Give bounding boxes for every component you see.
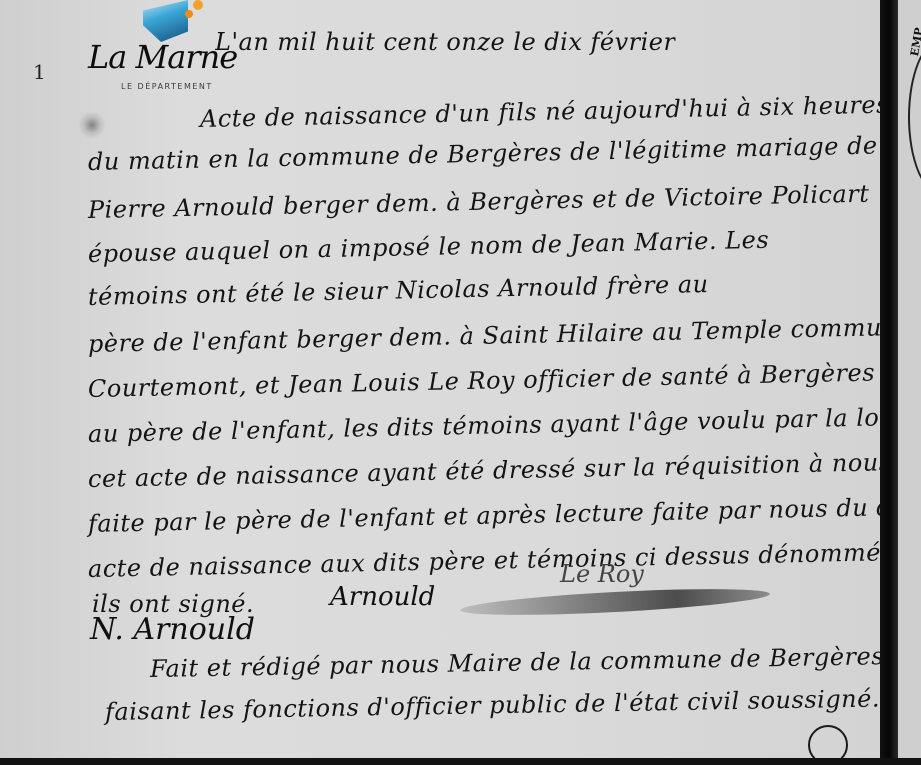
record-line: témoins ont été le sieur Nicolas Arnould… xyxy=(88,270,709,311)
logo-dot-icon xyxy=(185,10,193,18)
logo-dot-icon xyxy=(193,0,203,10)
record-line: Acte de naissance d'un fils né aujourd'h… xyxy=(200,91,889,133)
logo-name: La Marne xyxy=(88,38,237,76)
la-marne-logo: La Marne LE DÉPARTEMENT xyxy=(88,0,218,95)
bottom-edge xyxy=(0,758,921,765)
logo-subtitle: LE DÉPARTEMENT xyxy=(121,82,213,91)
signature-arnould: Arnould xyxy=(330,582,435,612)
record-line: au père de l'enfant, les dits témoins ay… xyxy=(88,403,888,448)
signature-n-arnould: N. Arnould xyxy=(90,612,255,647)
archive-stamp xyxy=(908,40,921,194)
signature-le-roy: Le Roy xyxy=(560,560,644,588)
logo-flag-icon xyxy=(143,0,188,42)
record-line: faite par le père de l'enfant et après l… xyxy=(88,493,911,538)
margin-number: 1 xyxy=(33,60,46,84)
book-binding-gutter xyxy=(880,0,898,758)
record-line: Courtemont, et Jean Louis Le Roy officie… xyxy=(88,357,921,403)
stamp-text: EMP xyxy=(908,27,921,58)
closing-line: faisant les fonctions d'officier public … xyxy=(105,684,880,726)
record-line: du matin en la commune de Bergères de l'… xyxy=(88,131,878,176)
record-line: Pierre Arnould berger dem. à Bergères et… xyxy=(88,180,870,224)
signature-flourish xyxy=(460,584,771,620)
document-scan: La Marne LE DÉPARTEMENT 1 L'an mil huit … xyxy=(0,0,921,765)
record-line: cet acte de naissance ayant été dressé s… xyxy=(88,448,892,493)
record-line: acte de naissance aux dits père et témoi… xyxy=(88,538,894,583)
record-line: père de l'enfant berger dem. à Saint Hil… xyxy=(88,312,921,358)
record-line: épouse auquel on a imposé le nom de Jean… xyxy=(88,226,770,268)
closing-line: Fait et rédigé par nous Maire de la comm… xyxy=(150,642,893,683)
facing-page-edge: EMP xyxy=(898,0,921,758)
record-line-heading: L'an mil huit cent onze le dix février xyxy=(215,28,675,56)
